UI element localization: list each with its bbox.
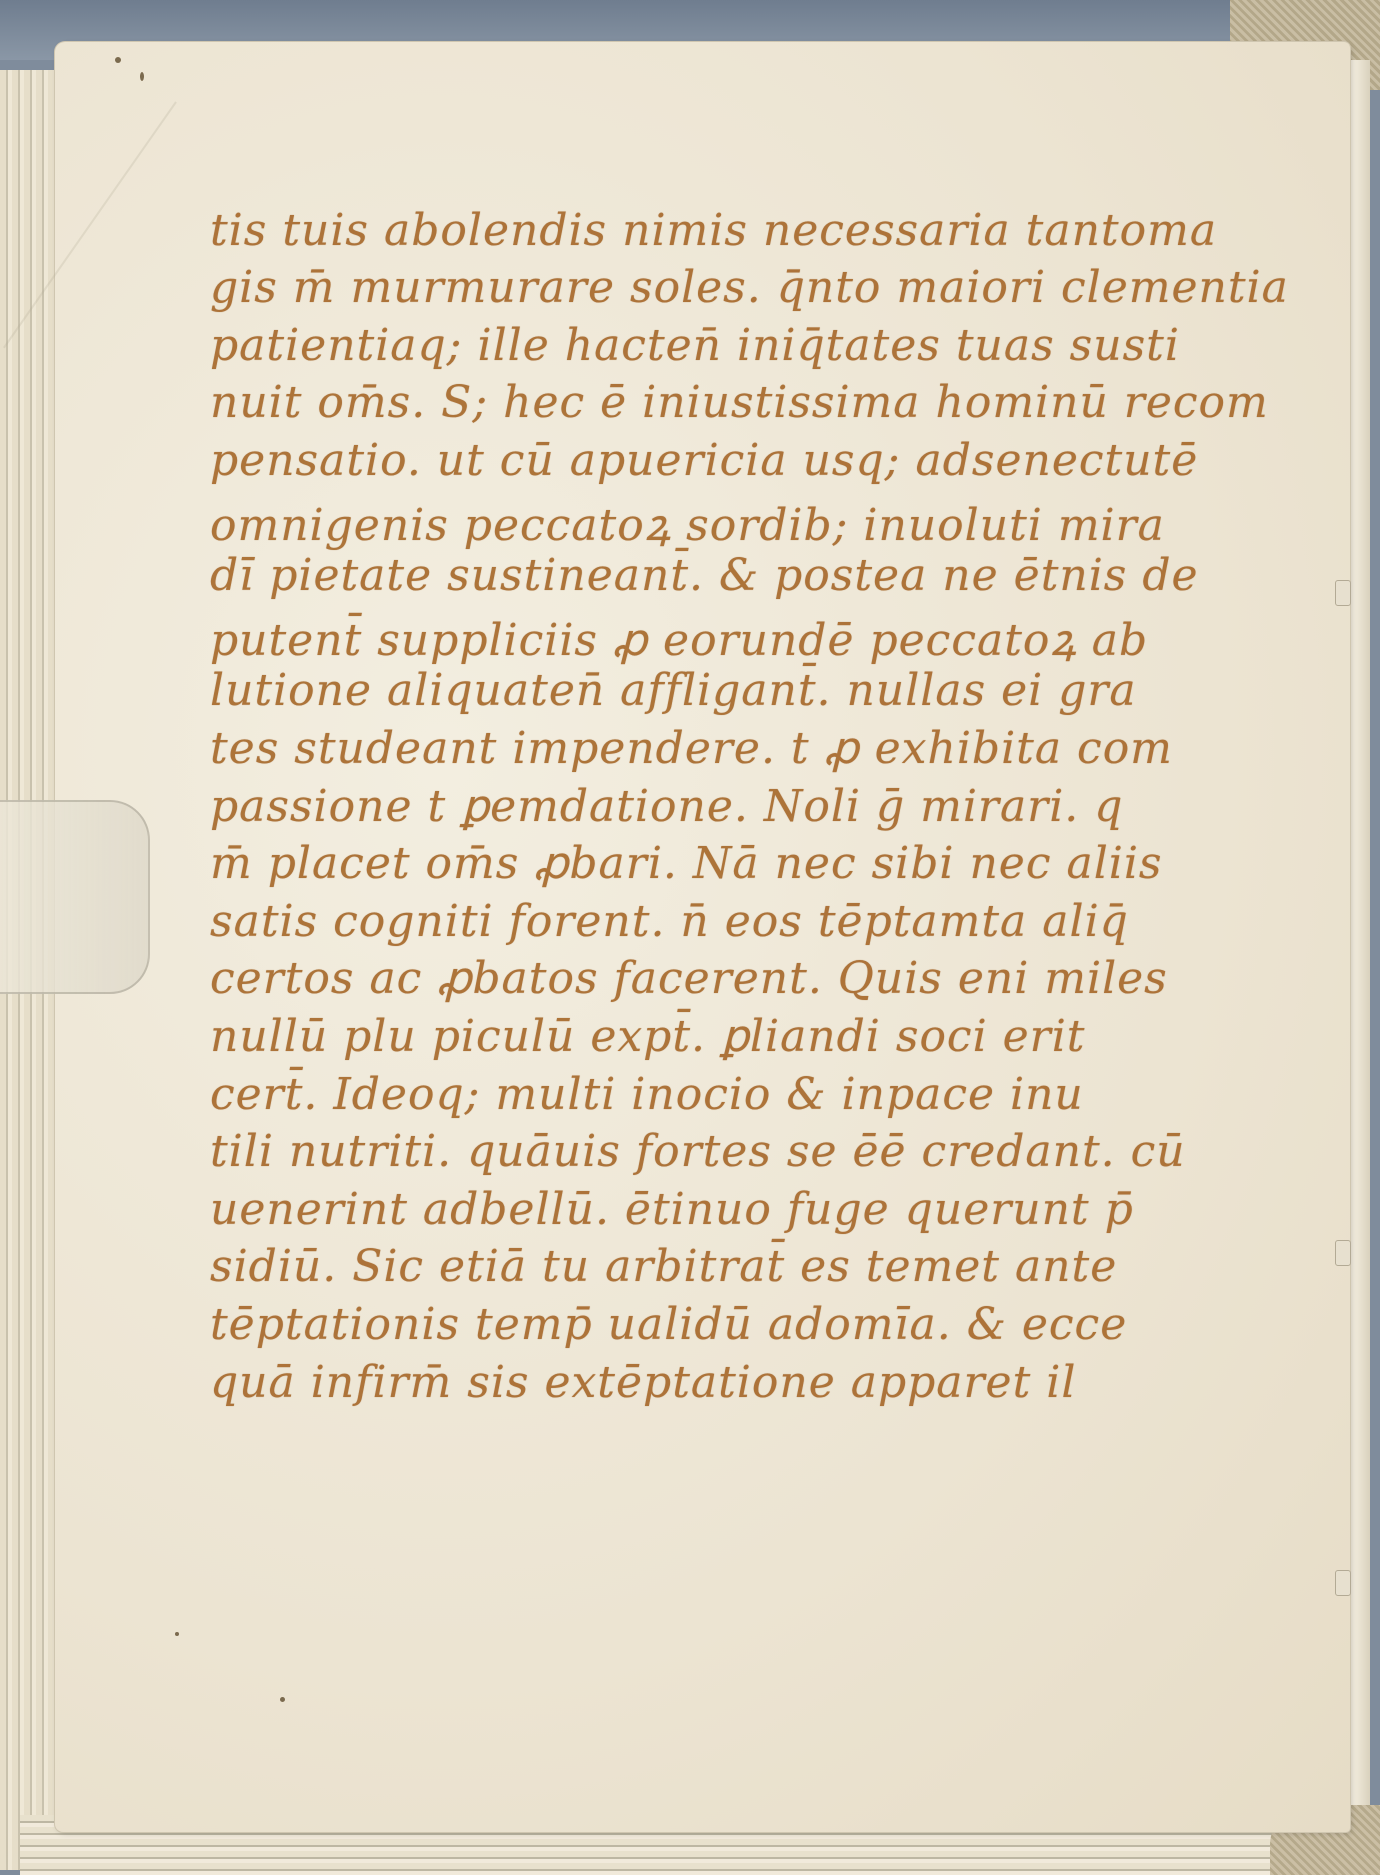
- text-line: tes studeant impendere. t ꝓ exhibita com: [210, 723, 1173, 774]
- text-line: tis tuis abolendis nimis necessaria tant…: [210, 205, 1217, 256]
- stain-spot: [175, 1632, 179, 1636]
- text-line: uenerint adbellū. ētinuo fuge querunt p̄: [210, 1184, 1134, 1235]
- page-tab-marker: [1335, 1240, 1351, 1266]
- text-line: gis m̄ murmurare soles. q̄nto maiori cle…: [210, 262, 1289, 313]
- stain-spot: [140, 72, 144, 81]
- text-line: pensatio. ut cū apuericia usq; adsenectu…: [210, 435, 1198, 486]
- text-line: cert̄. Ideoq; multi inocio & inpace inu: [210, 1069, 1084, 1120]
- text-line: omnigenis peccatoꝝ sordib; inuoluti mira: [210, 493, 1165, 553]
- text-line: dī pietate sustineant̄. & postea ne ētni…: [210, 550, 1199, 601]
- stain-spot: [280, 1697, 285, 1702]
- text-line: sidiū. Sic etiā tu arbitrat̄ es temet an…: [210, 1241, 1117, 1292]
- text-line: certos ac ꝓbatos facerent. Quis eni mile…: [210, 953, 1168, 1004]
- text-line: tili nutriti. quāuis fortes se ēē credan…: [210, 1126, 1186, 1177]
- text-line: quā infirm̄ sis extēptatione apparet il: [210, 1357, 1076, 1408]
- stain-spot: [115, 57, 121, 63]
- text-line: satis cogniti forent. n̄ eos tēptamta al…: [210, 896, 1129, 947]
- page-tab-marker: [1335, 1570, 1351, 1596]
- text-line: tēptationis temp̄ ualidū adomīa. & ecce: [210, 1299, 1127, 1350]
- text-line: patientiaq; ille hacten̄ iniq̄tates tuas…: [210, 320, 1180, 371]
- text-line: putent̄ suppliciis ꝓ eorundē peccatoꝝ ab: [210, 608, 1148, 668]
- text-line: nuit om̄s. S; hec ē iniustissima hominū …: [210, 377, 1269, 428]
- text-line: m̄ placet om̄s ꝓbari. Nā nec sibi nec al…: [210, 838, 1163, 889]
- text-line: passione t ꝑemdatione. Noli ḡ mirari. q: [210, 781, 1123, 832]
- text-line: nullū plu piculū expt̄. ꝑliandi soci eri…: [210, 1011, 1085, 1062]
- plastic-page-clip: [0, 800, 150, 994]
- text-line: lutione aliquaten̄ affligant̄. nullas ei…: [210, 665, 1137, 716]
- page-tab-marker: [1335, 580, 1351, 606]
